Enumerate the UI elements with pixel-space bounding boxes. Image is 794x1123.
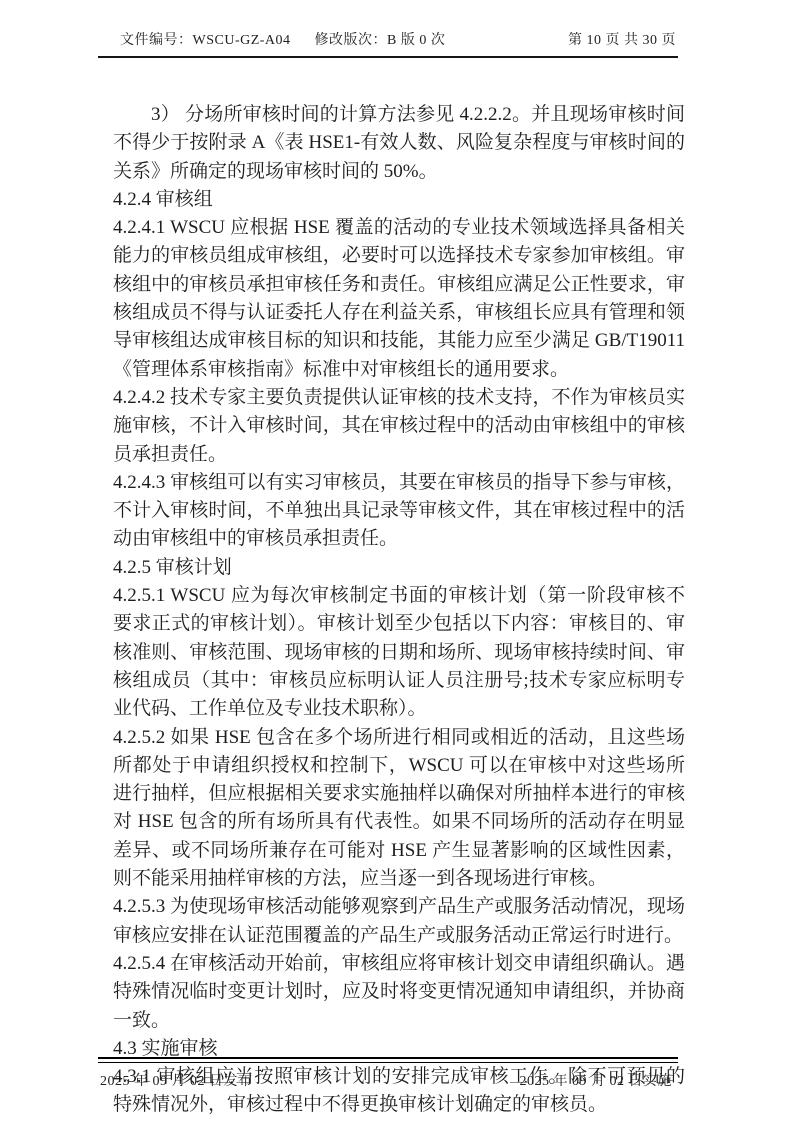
footer-dates: 2025 年 09 月 02 日发布 2025 年 09 月 02 日实施 <box>98 1070 678 1090</box>
revision-label: 修改版次：B 版 0 次 <box>315 33 446 49</box>
section-heading: 4.2.5 审核计划 <box>113 554 685 582</box>
paragraph: 3） 分场所审核时间的计算方法参见 4.2.2.2。并且现场审核时间不得少于按附… <box>113 101 685 186</box>
paragraph: 4.2.4.2 技术专家主要负责提供认证审核的技术支持，不作为审核员实施审核，不… <box>113 384 685 469</box>
paragraph: 4.2.5.2 如果 HSE 包含在多个场所进行相同或相近的活动，且这些场所都处… <box>113 724 685 894</box>
section-heading: 4.2.4 审核组 <box>113 186 685 214</box>
page-indicator: 第 10 页 共 30 页 <box>568 33 676 49</box>
doc-number: 文件编号：WSCU-GZ-A04 <box>120 33 291 49</box>
paragraph: 4.2.5.4 在审核活动开始前，审核组应将审核计划交申请组织确认。遇特殊情况临… <box>113 950 685 1035</box>
page-header: 文件编号：WSCU-GZ-A04 修改版次：B 版 0 次 第 10 页 共 3… <box>98 33 678 58</box>
paragraph: 4.2.4.3 审核组可以有实习审核员，其要在审核员的指导下参与审核，不计入审核… <box>113 469 685 554</box>
document-body: 3） 分场所审核时间的计算方法参见 4.2.2.2。并且现场审核时间不得少于按附… <box>113 101 685 1120</box>
release-date: 2025 年 09 月 02 日发布 <box>100 1070 253 1090</box>
paragraph: 4.2.5.1 WSCU 应为每次审核制定书面的审核计划（第一阶段审核不要求正式… <box>113 582 685 723</box>
paragraph: 4.2.4.1 WSCU 应根据 HSE 覆盖的活动的专业技术领域选择具备相关能… <box>113 214 685 384</box>
implement-date: 2025 年 09 月 02 日实施 <box>520 1070 673 1090</box>
document-page: 文件编号：WSCU-GZ-A04 修改版次：B 版 0 次 第 10 页 共 3… <box>0 0 794 1123</box>
page-footer: 2025 年 09 月 02 日发布 2025 年 09 月 02 日实施 <box>98 1057 678 1090</box>
paragraph: 4.2.5.3 为使现场审核活动能够观察到产品生产或服务活动情况，现场审核应安排… <box>113 893 685 950</box>
footer-rule <box>98 1057 678 1063</box>
